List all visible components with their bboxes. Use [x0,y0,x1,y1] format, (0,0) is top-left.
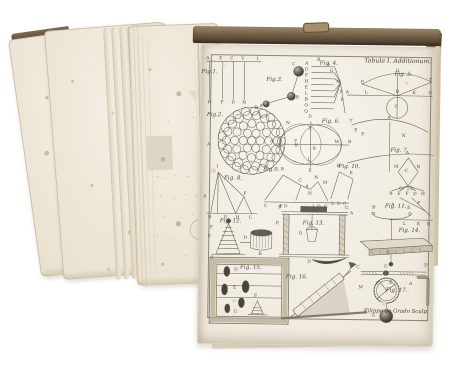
diagram-letter: B [254,106,257,110]
diagram-letter: F [294,139,297,143]
diagram-letter: B [372,205,375,209]
diagram-letter: B [258,252,261,256]
diagram-letter: A [391,202,394,206]
diagram-letter: D [244,235,248,239]
book-headband [303,22,329,33]
diagram-letter: F [243,191,246,195]
diagram-letter: E [305,85,308,89]
plate-title: Tabula I. Additionum. [364,58,431,65]
diagram-letter: A [351,262,354,266]
diagram-letter: B [281,167,284,171]
diagram-letter: L [403,222,406,226]
diagram-letter: F [254,294,257,298]
diagram-letter: E [397,192,400,196]
diagram-letter: P [417,201,420,205]
diagram-letter: L [305,91,308,95]
diagram-letter: B [296,95,299,99]
diagram-letter: L [308,157,311,161]
figure-label: Fig. 8. [224,176,242,182]
diagram-letter: E [309,168,312,172]
diagram-letter: I [309,126,311,130]
diagram-letter: C [298,178,301,182]
diagram-letter: E [279,139,282,143]
figure-label: Fig.9. [263,167,279,173]
diagram-letter: G [371,313,375,317]
diagram-letter: A [260,104,263,108]
diagram-letter: M [358,285,363,289]
diagram-letter: A [406,151,409,155]
diagram-letter: C [356,265,359,269]
diagram-letter: C [292,62,295,66]
figure-label: Fig. 10. [338,164,360,170]
diagram-letter: B [396,90,399,94]
diagram-letter: V [241,56,244,60]
diagram-letter: N [402,134,406,138]
diagram-letter: C [386,250,389,254]
diagram-letter: G [324,205,328,209]
diagram-letter: K [313,146,316,150]
diagram-letter: A [207,142,210,146]
diagram-letter: I [328,63,330,67]
diagram-letter: L [312,204,315,208]
diagram-letter: B [278,205,281,209]
diagram-letter: I [257,57,259,61]
foxing-spots [22,59,25,62]
diagram-letter: M [334,140,339,144]
diagram-letter: A [350,211,353,215]
diagram-letter: E [276,221,279,225]
diagram-letter: S [340,90,343,94]
diagram-letter: E [361,80,364,84]
diagram-letter: C [394,105,397,109]
diagram-letter: G [429,91,433,95]
diagram-letter: F [221,100,224,104]
diagram-letter: D [337,202,341,206]
diagram-letter: N [242,100,246,104]
diagram-letter: L [365,90,368,94]
diagram-letter: E [208,234,211,238]
diagram-letter: B [348,140,351,144]
diagram-letter: D [424,263,428,267]
diagram-letter: C [264,204,267,208]
diagram-letter: D [284,204,288,208]
diagram-letter: A [387,115,390,119]
plate-annotations: Tabula I. Additionum. Filippo de Grado S… [198,45,438,348]
figure-label: Fig. 16. [286,274,308,280]
diagram-letter: G [345,206,349,210]
diagram-letter: M [336,80,341,84]
diagram-letter: C [249,215,252,219]
diagram-letter: A [346,90,349,94]
diagram-letter: E [233,285,236,289]
diagram-letter: A [305,184,308,188]
diagram-letter: F [210,225,213,229]
diagram-letter: F [405,192,408,196]
figure-label: Fig. 15. [240,265,262,271]
figure-label: Fig.1. [201,69,217,75]
figure-label: Fig. 14. [399,228,421,234]
diagram-letter: F [361,132,364,136]
diagram-letter: H [236,215,240,219]
diagram-letter: M [394,165,399,169]
figure-label: Fig. 17. [386,288,408,294]
diagram-letter: E [389,280,392,284]
diagram-letter: A [270,139,273,143]
figure-label: Fig. 11. [385,204,407,210]
diagram-letter: B [389,191,392,195]
foxing-spots [54,46,57,49]
diagram-letter: B [208,215,211,219]
diagram-letter: N [286,121,290,125]
diagram-letter: N [314,175,318,179]
diagram-letter: H [421,192,425,196]
diagram-letter: B [305,97,308,101]
diagram-letter: E [407,206,410,210]
diagram-letter: C [230,56,233,60]
diagram-letter: Q [427,222,431,226]
diagram-letter: A [409,282,412,286]
diagram-letter: B [208,100,211,104]
figure-label: Fig.2. [207,112,223,118]
diagram-letter: E [354,128,357,132]
diagram-letter: B [337,164,340,168]
diagram-letter: K [413,91,416,95]
diagram-letter: D [317,204,321,208]
figure-label: Fig.3. [266,77,282,83]
photo-of-antique-book: Tabula I. Additionum. Filippo de Grado S… [0,0,450,368]
diagram-letter: G [233,309,237,313]
diagram-letter: D [305,67,309,71]
diagram-letter: C [405,169,408,173]
diagram-letter: F [376,281,379,285]
diagram-letter: O [299,231,303,235]
diagram-letter: D [234,267,238,271]
diagram-letter: D [413,192,417,196]
diagram-letter: O [304,103,308,107]
diagram-letter: A [210,255,213,259]
diagram-letter: G [330,69,334,73]
diagram-letter: D [308,114,312,118]
diagram-letter: B [317,57,320,61]
figure-label: Fig. 6. [322,119,340,125]
engraved-plate-page: Tabula I. Additionum. Filippo de Grado S… [197,44,437,347]
diagram-letter: A [305,61,308,65]
diagram-letter: A [203,194,206,198]
diagram-letter: A [206,56,209,60]
diagram-letter: D [396,69,400,73]
diagram-letter: M [323,181,328,185]
diagram-letter: F [305,73,308,77]
diagram-letter: E [350,171,353,175]
diagram-letter: E [224,215,227,219]
diagram-letter: T [429,78,432,82]
diagram-letter: T [349,119,352,123]
diagram-letter: D [231,100,235,104]
diagram-letter: H [308,191,312,195]
diagram-letter: G [384,264,388,268]
diagram-letter: P [341,98,344,102]
diagram-letter: D [307,259,311,263]
diagram-letter: K [295,143,298,147]
diagram-letter: I [216,164,218,168]
foxing-spots [135,39,138,42]
diagram-letter: E [219,56,222,60]
diagram-letter: K [417,222,420,226]
figure-label: Fig. 13. [303,221,325,227]
diagram-letter: H [305,79,309,83]
diagram-letter: L [331,202,334,206]
diagram-letter: N [416,165,420,169]
